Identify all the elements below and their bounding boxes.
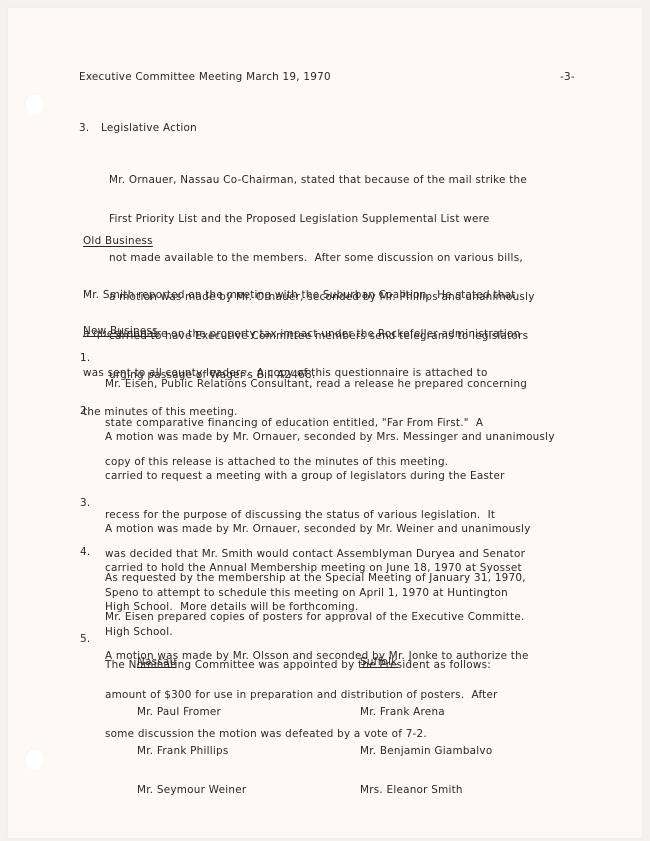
nassau-column-heading: Nassau (137, 656, 176, 669)
member-name: Mr. Benjamin Giambalvo (360, 745, 492, 758)
section-heading-old-business: Old Business (83, 235, 153, 248)
suffolk-members-list: Mr. Frank Arena Mr. Benjamin Giambalvo M… (360, 680, 492, 810)
member-name: Mr. Seymour Weiner (137, 784, 246, 797)
section-title-legislative-action: Legislative Action (101, 122, 197, 135)
paragraph-line: As requested by the membership at the Sp… (105, 572, 529, 585)
item-number: 3. (80, 497, 90, 510)
paragraph-line: carried to request a meeting with a grou… (105, 470, 555, 483)
paragraph-line: Mr. Ornauer, Nassau Co-Chairman, stated … (109, 174, 535, 187)
member-name: Mr. Paul Fromer (137, 706, 246, 719)
section-number: 3. (79, 122, 89, 135)
member-name: Mr. Frank Phillips (137, 745, 246, 758)
item-number: 4. (80, 546, 90, 559)
paragraph-line: First Priority List and the Proposed Leg… (109, 213, 535, 226)
paragraph-line: Mr. Eisen prepared copies of posters for… (105, 611, 529, 624)
paragraph-line: Mr. Smith reported on the meeting with t… (83, 289, 520, 302)
paragraph-line: A motion was made by Mr. Ornauer, second… (105, 431, 555, 444)
paragraph-line: A motion was made by Mr. Ornauer, second… (105, 523, 531, 536)
item-number: 1. (80, 352, 90, 365)
paragraph-line: Mr. Eisen, Public Relations Consultant, … (105, 378, 527, 391)
member-name: Mrs. Eleanor Smith (360, 784, 492, 797)
page-number: -3- (560, 71, 575, 84)
item-number: 2. (80, 405, 90, 418)
punch-hole (24, 93, 44, 115)
nassau-members-list: Mr. Paul Fromer Mr. Frank Phillips Mr. S… (137, 680, 246, 810)
punch-hole (24, 748, 44, 770)
member-name: Mr. Frank Arena (360, 706, 492, 719)
item-number: 5. (80, 633, 90, 646)
document-header-title: Executive Committee Meeting March 19, 19… (79, 71, 331, 84)
section-heading-new-business: New Business (83, 325, 158, 338)
suffolk-column-heading: Suffolk (360, 656, 398, 669)
